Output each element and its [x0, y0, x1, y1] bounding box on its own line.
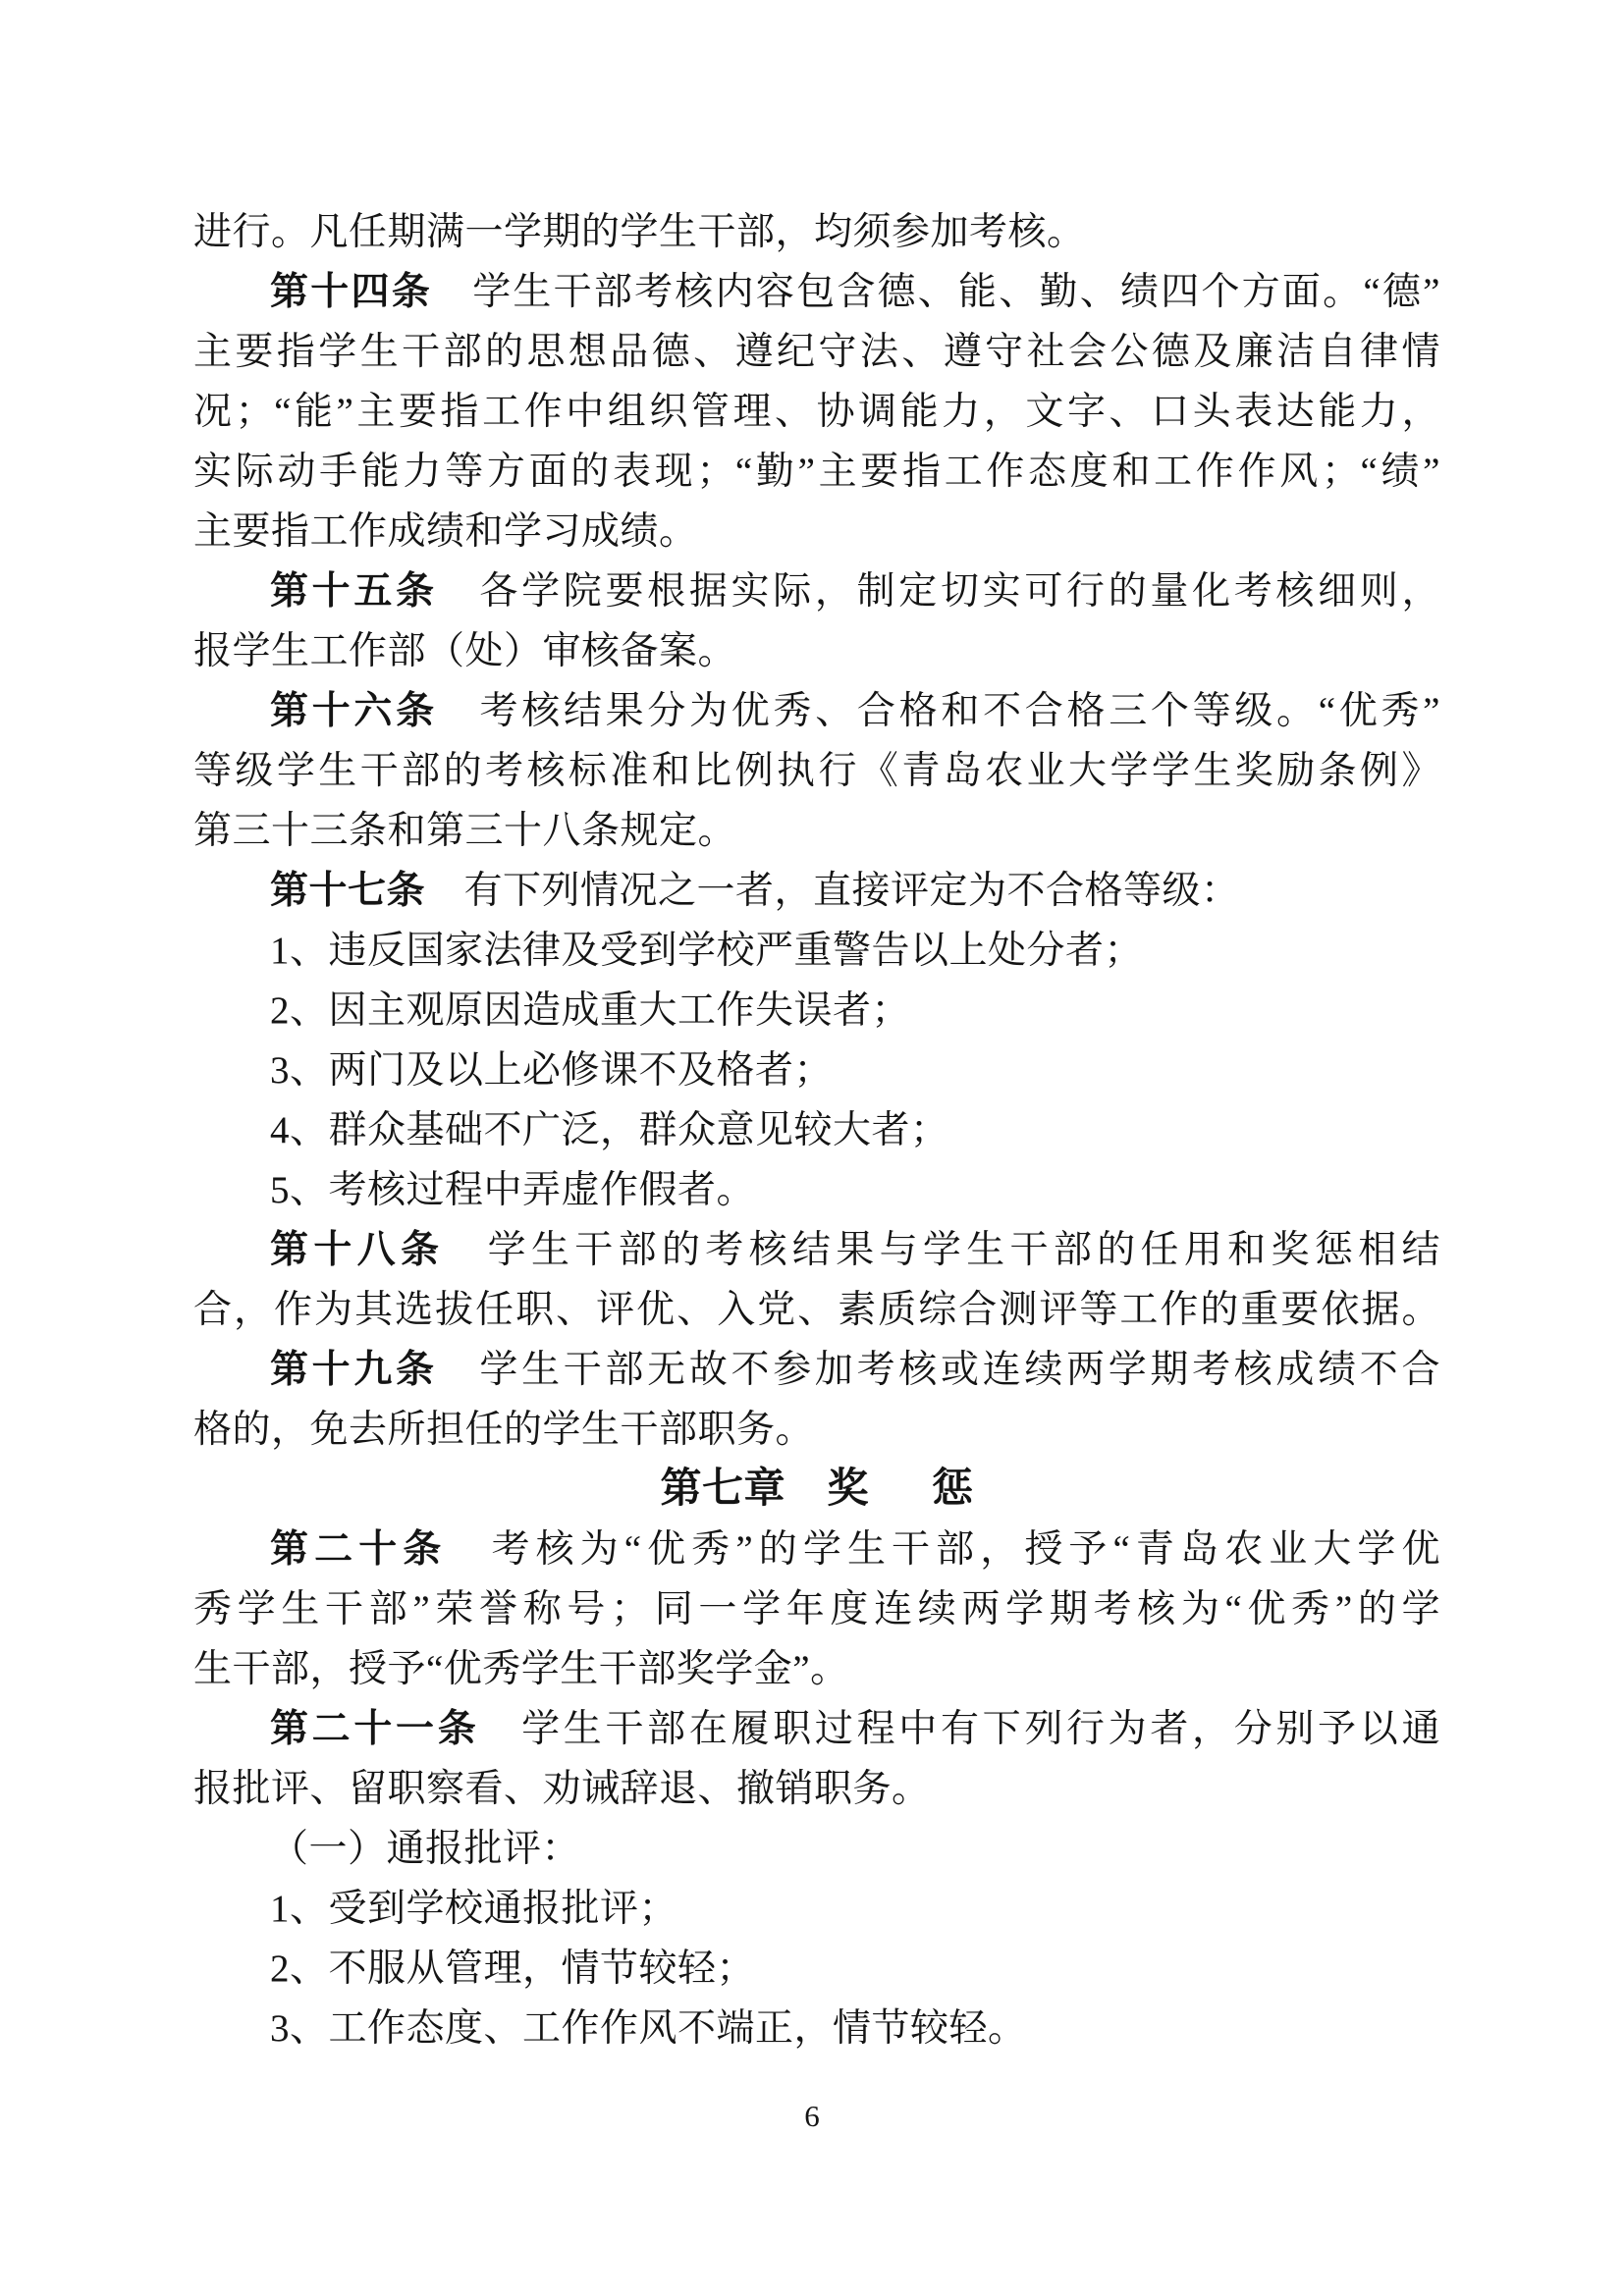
text-line: 第二十一条 学生干部在履职过程中有下列行为者，分别予以通	[193, 1699, 1440, 1759]
text-line: 2、不服从管理，情节较轻；	[193, 1939, 1440, 1999]
article-number: 第十四条	[270, 271, 432, 313]
chapter-heading: 第七章 奖 惩	[193, 1460, 1440, 1520]
article-number: 第十八条	[270, 1229, 444, 1271]
article-number: 第十九条	[270, 1349, 438, 1391]
text-line: 3、两门及以上必修课不及格者；	[193, 1041, 1440, 1100]
article-number: 第十五条	[270, 570, 438, 613]
text-line: 5、考核过程中弄虚作假者。	[193, 1160, 1440, 1220]
text-line: 主要指学生干部的思想品德、遵纪守法、遵守社会公德及廉洁自律情	[193, 322, 1440, 382]
article-text: 学生干部考核内容包含德、能、勤、绩四个方面。“德”	[432, 271, 1440, 313]
text-line: 格的，免去所担任的学生干部职务。	[193, 1400, 1440, 1460]
text-line: 实际动手能力等方面的表现；“勤”主要指工作态度和工作作风；“绩”	[193, 442, 1440, 502]
article-number: 第二十一条	[270, 1708, 479, 1750]
article-text: 考核为“优秀”的学生干部，授予“青岛农业大学优	[447, 1528, 1440, 1571]
text-line: 等级学生干部的考核标准和比例执行《青岛农业大学学生奖励条例》	[193, 741, 1440, 801]
text-line: 2、因主观原因造成重大工作失误者；	[193, 981, 1440, 1041]
text-line: 第十七条 有下列情况之一者，直接评定为不合格等级：	[193, 861, 1440, 921]
text-line: 第十五条 各学院要根据实际，制定切实可行的量化考核细则，	[193, 561, 1440, 621]
article-text: 各学院要根据实际，制定切实可行的量化考核细则，	[438, 570, 1440, 613]
article-number: 第二十条	[270, 1528, 447, 1571]
article-text: 考核结果分为优秀、合格和不合格三个等级。“优秀”	[438, 690, 1440, 732]
article-number: 第十七条	[270, 870, 425, 912]
text-line: 第十八条 学生干部的考核结果与学生干部的任用和奖惩相结	[193, 1220, 1440, 1280]
text-line: 主要指工作成绩和学习成绩。	[193, 502, 1440, 561]
page-number: 6	[0, 2099, 1624, 2134]
text-line: 1、受到学校通报批评；	[193, 1879, 1440, 1939]
text-line: 第十九条 学生干部无故不参加考核或连续两学期考核成绩不合	[193, 1340, 1440, 1400]
article-number: 第十六条	[270, 690, 438, 732]
text-line: 1、违反国家法律及受到学校严重警告以上处分者；	[193, 921, 1440, 981]
text-line: 生干部，授予“优秀学生干部奖学金”。	[193, 1639, 1440, 1699]
text-line: 第三十三条和第三十八条规定。	[193, 801, 1440, 861]
text-line: 进行。凡任期满一学期的学生干部，均须参加考核。	[193, 202, 1440, 262]
article-text: 有下列情况之一者，直接评定为不合格等级：	[425, 870, 1240, 912]
text-line: 4、群众基础不广泛，群众意见较大者；	[193, 1100, 1440, 1160]
document-body: 进行。凡任期满一学期的学生干部，均须参加考核。第十四条 学生干部考核内容包含德、…	[193, 202, 1440, 2058]
text-line: 合，作为其选拔任职、评优、入党、素质综合测评等工作的重要依据。	[193, 1280, 1440, 1340]
text-line: 报学生工作部（处）审核备案。	[193, 621, 1440, 681]
text-line: 况；“能”主要指工作中组织管理、协调能力，文字、口头表达能力，	[193, 382, 1440, 442]
text-line: （一）通报批评：	[193, 1819, 1440, 1879]
article-text: 学生干部无故不参加考核或连续两学期考核成绩不合	[438, 1349, 1440, 1391]
text-line: 第二十条 考核为“优秀”的学生干部，授予“青岛农业大学优	[193, 1520, 1440, 1579]
text-line: 秀学生干部”荣誉称号；同一学年度连续两学期考核为“优秀”的学	[193, 1579, 1440, 1639]
text-line: 第十四条 学生干部考核内容包含德、能、勤、绩四个方面。“德”	[193, 262, 1440, 322]
article-text: 学生干部在履职过程中有下列行为者，分别予以通	[479, 1708, 1440, 1750]
document-page: 进行。凡任期满一学期的学生干部，均须参加考核。第十四条 学生干部考核内容包含德、…	[0, 0, 1624, 2296]
text-line: 第十六条 考核结果分为优秀、合格和不合格三个等级。“优秀”	[193, 681, 1440, 741]
text-line: 报批评、留职察看、劝诫辞退、撤销职务。	[193, 1759, 1440, 1819]
article-text: 学生干部的考核结果与学生干部的任用和奖惩相结	[444, 1229, 1440, 1271]
text-line: 3、工作态度、工作作风不端正，情节较轻。	[193, 1999, 1440, 2058]
